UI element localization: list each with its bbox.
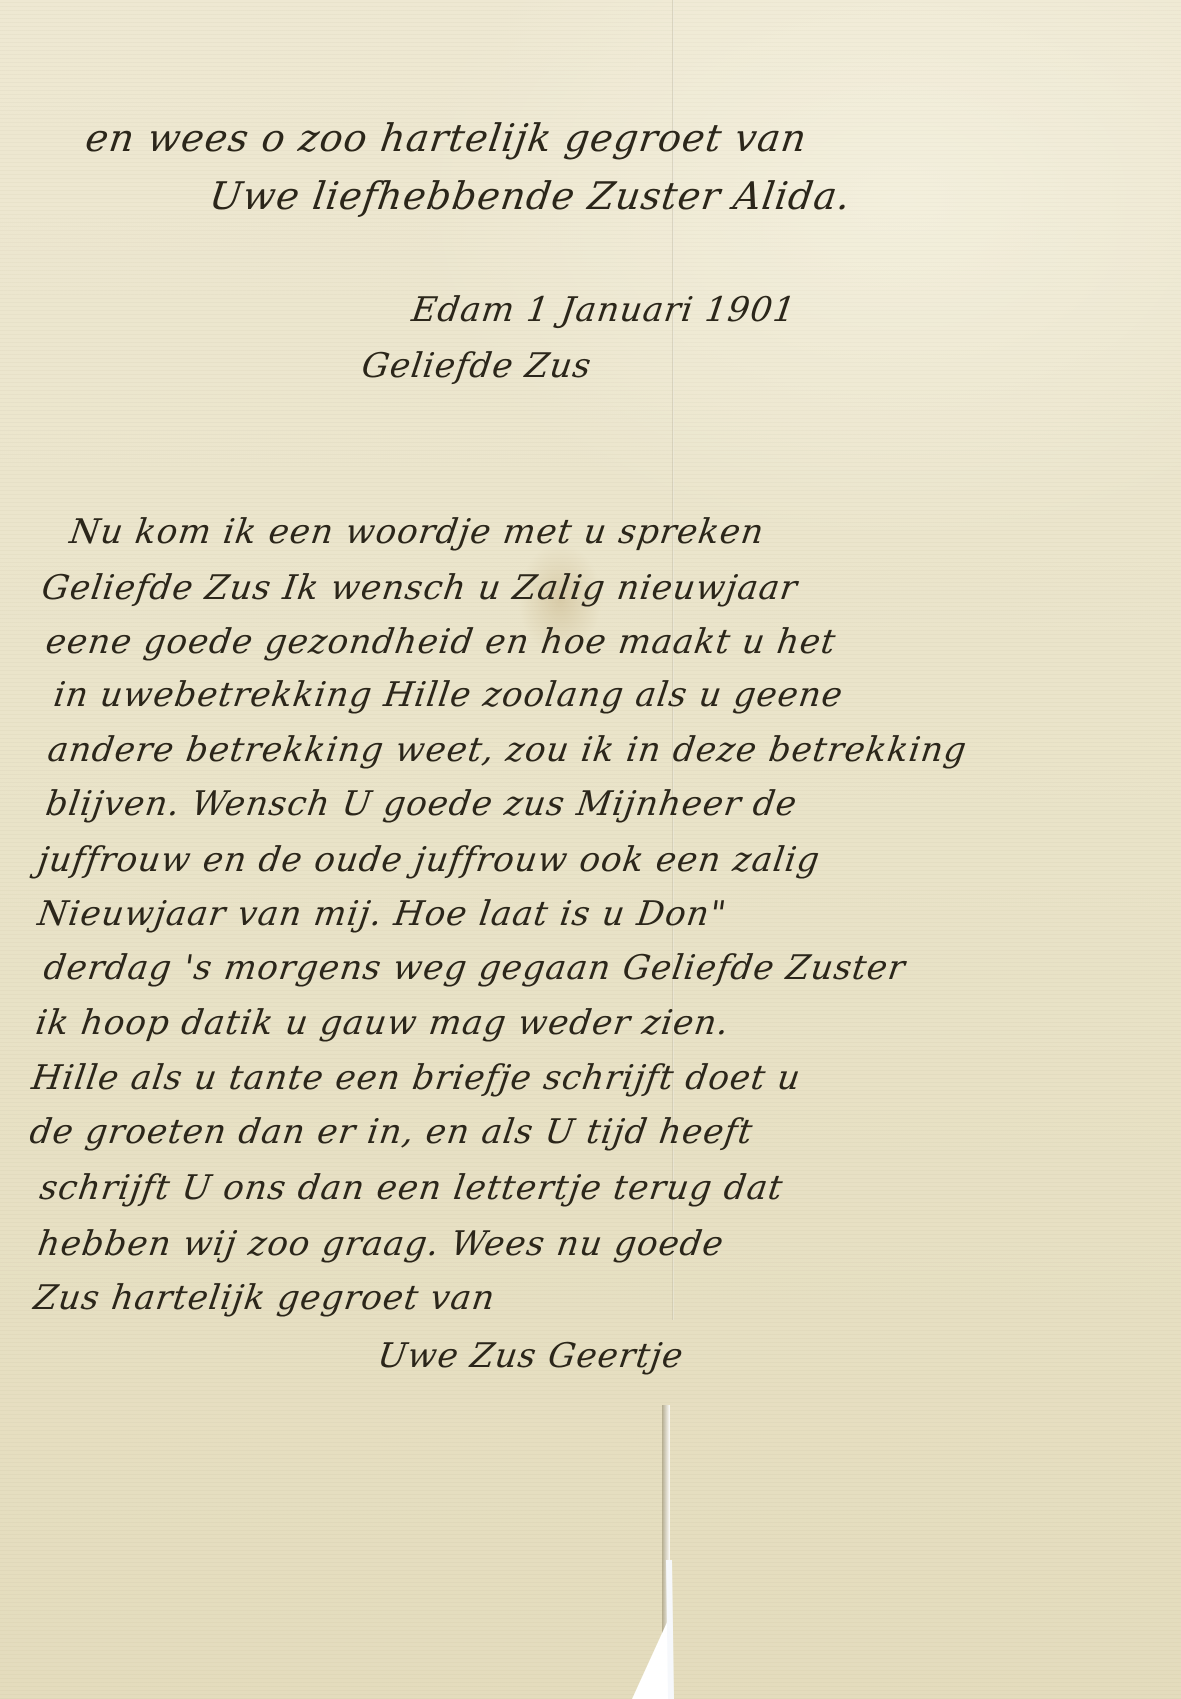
body-line: Geliefde Zus Ik wensch u Zalig nieuwjaar <box>39 568 800 608</box>
body-line: blijven. Wensch U goede zus Mijnheer de <box>43 784 800 824</box>
body-line: in uwebetrekking Hille zoolang als u gee… <box>51 675 846 715</box>
body-line: derdag 's morgens weg gegaan Geliefde Zu… <box>41 948 908 988</box>
place-date: Edam 1 Januari 1901 <box>409 290 798 330</box>
body-line: Nu kom ik een woordje met u spreken <box>67 512 767 552</box>
letter-page: en wees o zoo hartelijk gegroet van Uwe … <box>0 0 1181 1699</box>
body-line: Hille als u tante een briefje schrijft d… <box>29 1058 803 1098</box>
previous-closing-line-1: en wees o zoo hartelijk gegroet van <box>83 116 810 160</box>
body-line: Zus hartelijk gegroet van <box>31 1278 498 1318</box>
body-line: juffrouw en de oude juffrouw ook een zal… <box>35 840 822 880</box>
paper-fold-lower <box>662 1405 670 1665</box>
salutation: Geliefde Zus <box>359 346 594 386</box>
body-line: andere betrekking weet, zou ik in deze b… <box>45 730 969 770</box>
body-line: eene goede gezondheid en hoe maakt u het <box>43 622 839 662</box>
body-line: schrijft U ons dan een lettertje terug d… <box>37 1168 786 1208</box>
body-line: Nieuwjaar van mij. Hoe laat is u Don" <box>35 894 729 934</box>
body-line: hebben wij zoo graag. Wees nu goede <box>35 1224 726 1264</box>
body-line: ik hoop datik u gauw mag weder zien. <box>33 1003 732 1043</box>
body-line: de groeten dan er in, en als U tijd heef… <box>27 1112 755 1152</box>
signature: Uwe Zus Geertje <box>375 1336 686 1376</box>
previous-closing-line-2: Uwe liefhebbende Zuster Alida. <box>207 174 854 218</box>
